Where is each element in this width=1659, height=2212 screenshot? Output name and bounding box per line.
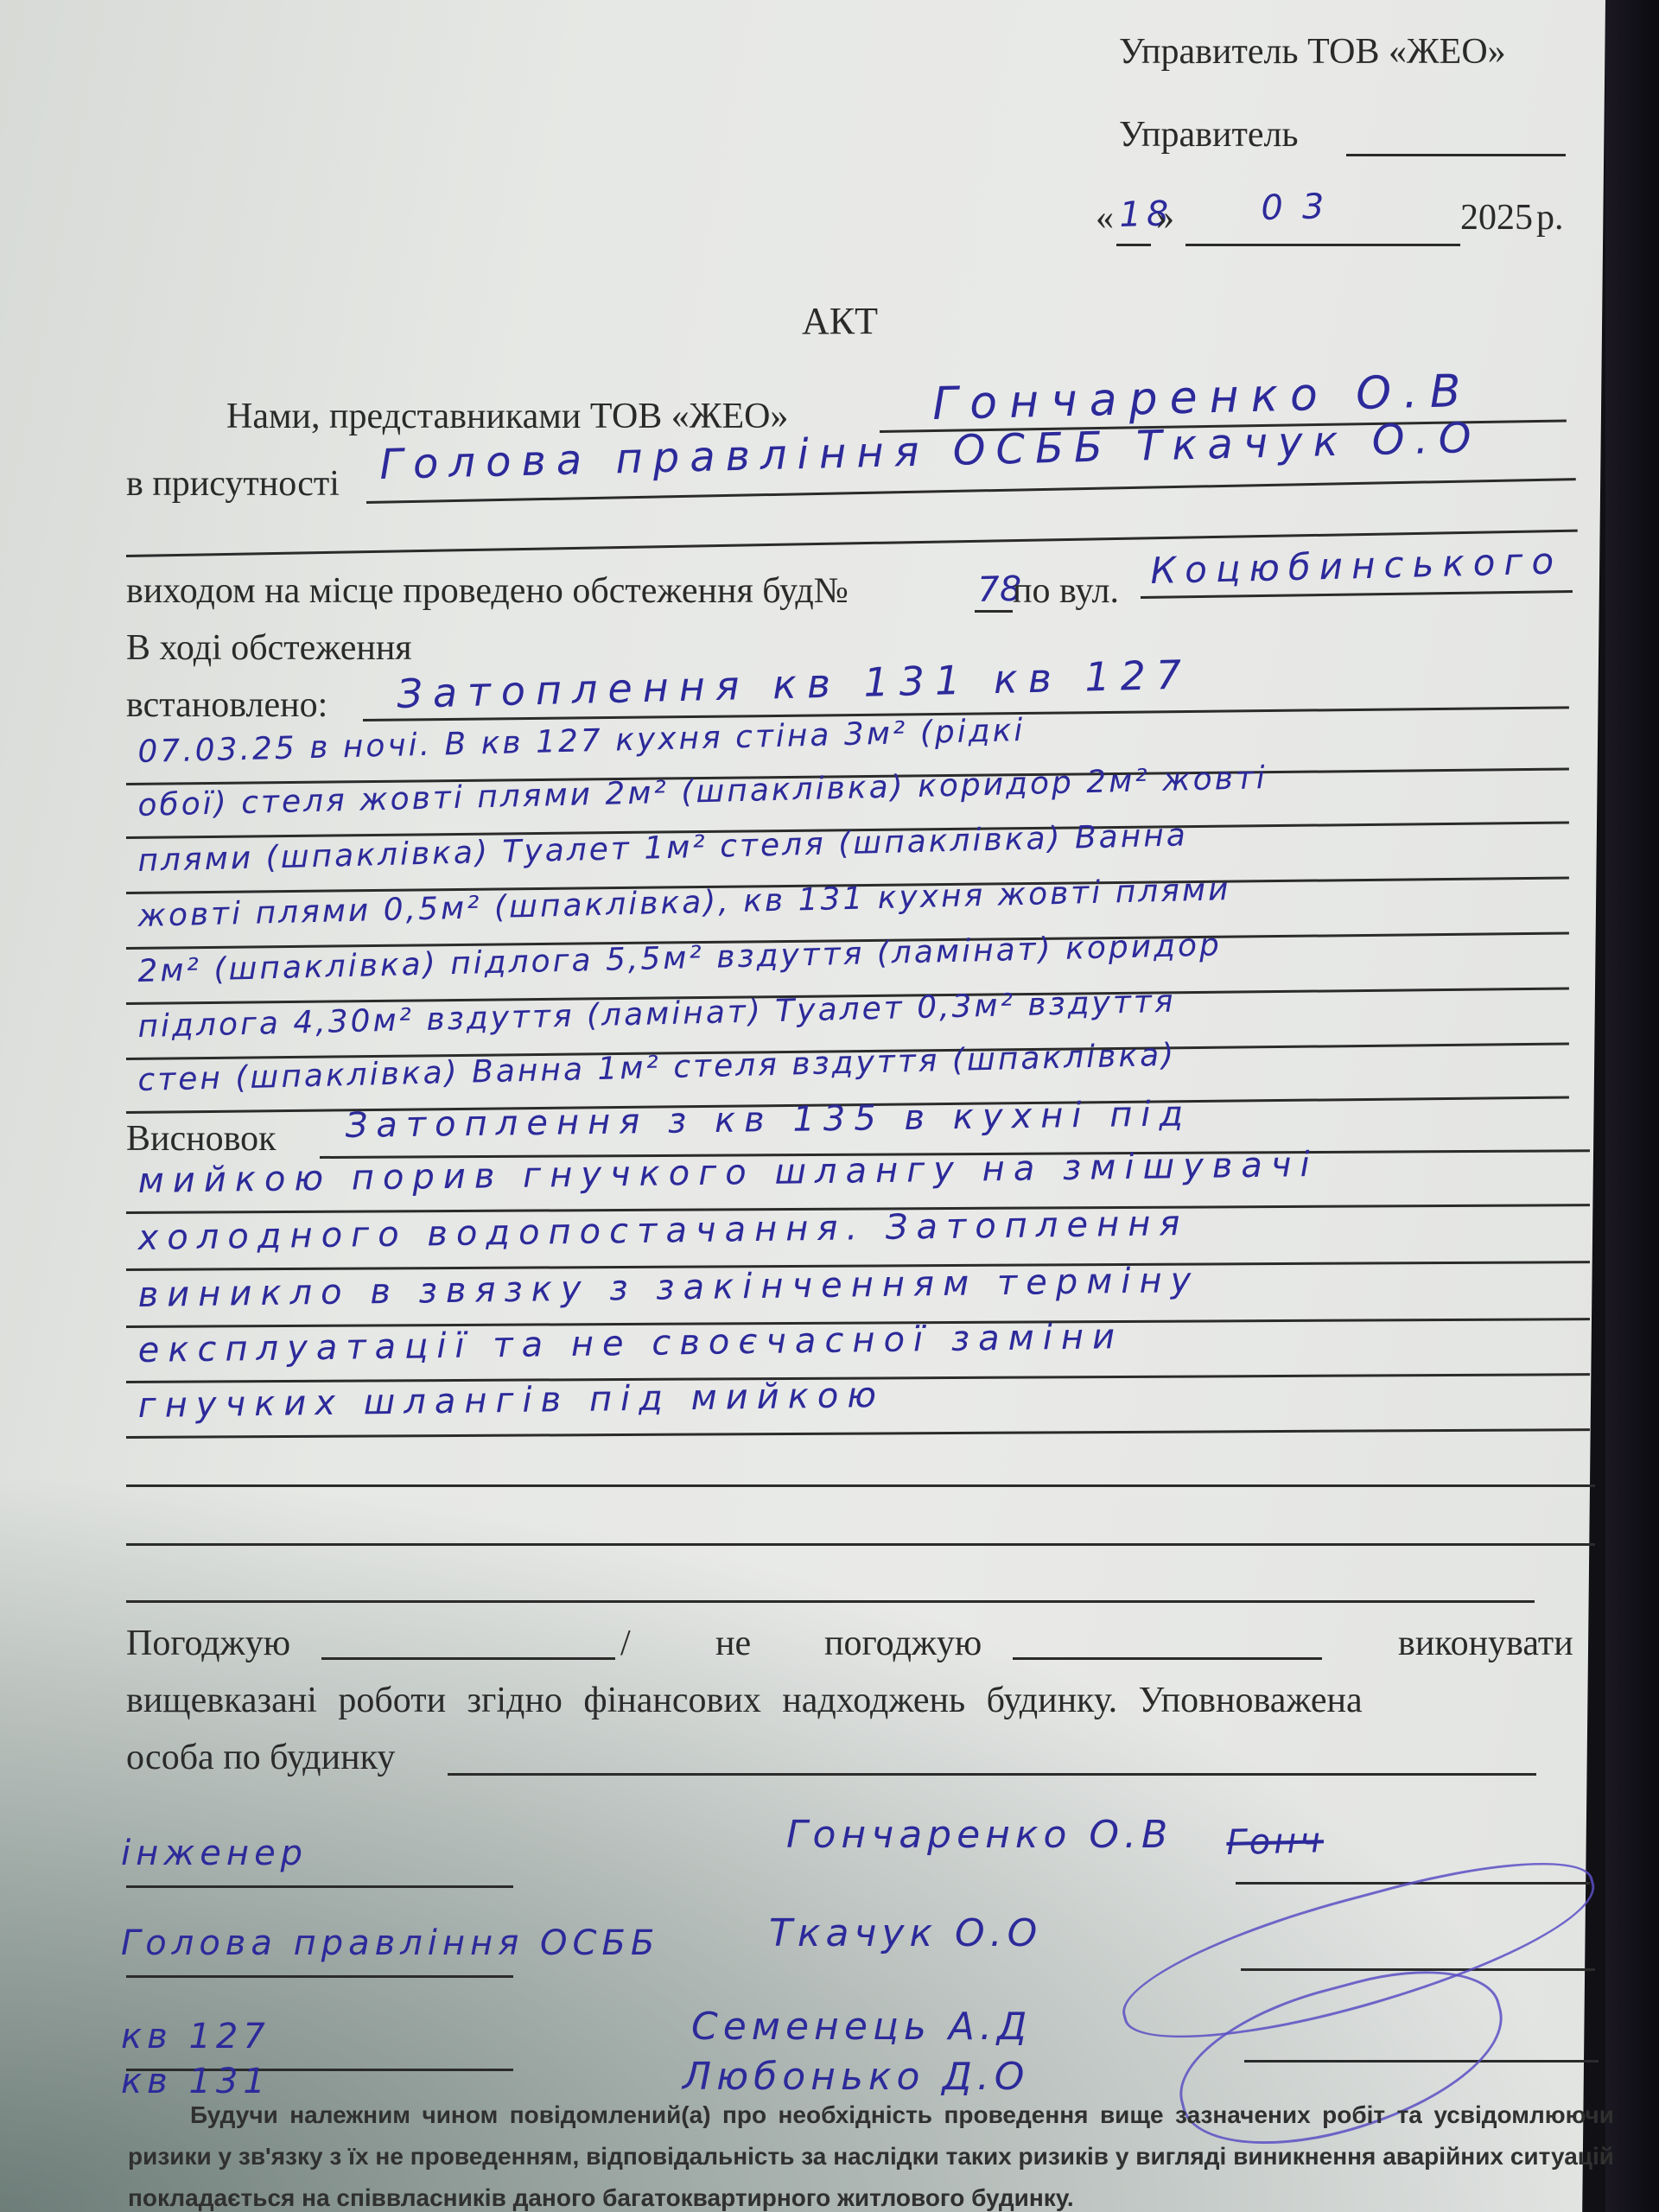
role-line (126, 1975, 513, 1978)
date-open-quote: « (1096, 197, 1114, 238)
date-year: 2025 (1460, 197, 1533, 238)
role-line (126, 1885, 513, 1888)
date-day-line (1116, 244, 1151, 246)
authorized-person-line[interactable] (448, 1773, 1536, 1776)
signatory-name: Любонько Д.О (683, 2055, 1029, 2099)
signatory-name: Гончаренко О.В (786, 1813, 1173, 1857)
agree-signature-line[interactable] (321, 1657, 615, 1660)
signatory-name: Ткачук О.О (769, 1911, 1042, 1955)
background-edge (1605, 0, 1659, 2212)
street-label: по вул. (1013, 570, 1119, 612)
date-close-quote: » (1156, 197, 1174, 238)
signatory-name: Семенець А.Д (691, 2005, 1032, 2049)
during-survey-label: В ході обстеження (126, 627, 412, 669)
engineer-signature: Гонч (1226, 1821, 1325, 1863)
agreement-text: вищевказані роботи згідно фінансових над… (126, 1680, 1363, 1721)
approver-title: Управитель ТОВ «ЖЕО» (1119, 31, 1506, 73)
date-suffix: р. (1536, 197, 1564, 238)
date-month: 03 (1261, 187, 1344, 228)
survey-label: виходом на місце проведено обстеження бу… (126, 570, 849, 612)
representatives-label: Нами, представниками ТОВ «ЖЕО» (226, 396, 788, 437)
blank-line (126, 1484, 1595, 1487)
agree-label: Погоджую (126, 1623, 290, 1664)
separator: / (620, 1623, 631, 1664)
authorized-person-label: особа по будинку (126, 1737, 395, 1778)
conclusion-label: Висновок (126, 1118, 276, 1160)
approver-signature-line (1346, 154, 1566, 156)
approver-label: Управитель (1119, 114, 1299, 156)
building-number-line (975, 610, 1013, 613)
not-label: не (715, 1623, 751, 1664)
disagree-signature-line[interactable] (1013, 1657, 1322, 1660)
liability-notice: Будучи належним чином повідомлений(а) пр… (128, 2094, 1614, 2212)
blank-line (126, 1543, 1595, 1546)
document-title: АКТ (802, 299, 878, 343)
execute-label: виконувати (1398, 1623, 1573, 1664)
presence-label: в присутності (126, 463, 340, 505)
established-label: встановлено: (126, 684, 327, 726)
signatory-role: Голова правління ОСББ (121, 1923, 659, 1963)
disagree-label: погоджую (824, 1623, 982, 1664)
blank-line (126, 1600, 1535, 1603)
signatory-role: інженер (121, 1834, 308, 1873)
signatory-role: кв 127 (121, 2017, 270, 2056)
date-month-line (1185, 244, 1460, 246)
